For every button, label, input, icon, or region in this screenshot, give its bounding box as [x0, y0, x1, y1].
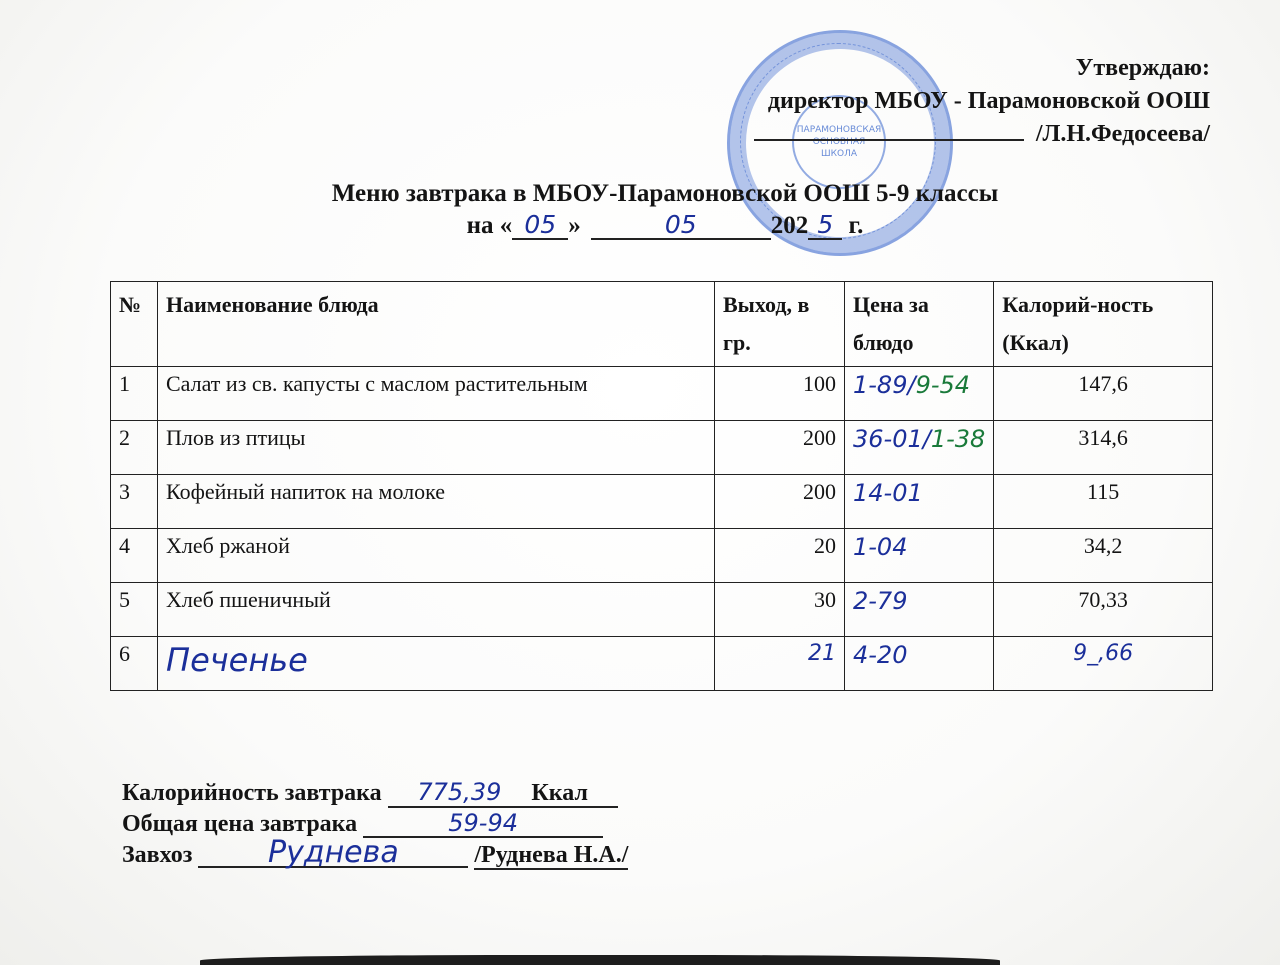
price-main: 2-79 — [853, 587, 907, 615]
row-price: 1-04 — [845, 529, 994, 583]
calories-value: 775,39 — [417, 778, 501, 806]
price-label: Общая цена завтрака — [122, 811, 357, 837]
date-prefix: на « — [467, 212, 513, 239]
price-extra: 1-38 — [931, 425, 985, 453]
row-price: 2-79 — [845, 583, 994, 637]
header-price: Цена за блюдо — [845, 282, 994, 367]
approval-heading: Утверждаю: — [754, 52, 1210, 85]
approval-name: /Л.Н.Федосеева/ — [1036, 121, 1210, 147]
row-name: Печенье — [158, 637, 715, 691]
row-output: 100 — [715, 367, 845, 421]
row-num: 5 — [111, 583, 158, 637]
row-calories: 115 — [994, 475, 1213, 529]
table-row: 3Кофейный напиток на молоке20014-01115 — [111, 475, 1213, 529]
header-calories: Калорий-ность (Ккал) — [994, 282, 1213, 367]
signature-line — [754, 121, 1024, 141]
price-main: 1-04 — [853, 533, 907, 561]
summary-calories: Калорийность завтрака 775,39 Ккал — [122, 778, 628, 809]
approval-signature-line: /Л.Н.Федосеева/ — [754, 118, 1210, 151]
row-price: 14-01 — [845, 475, 994, 529]
table-row: 2Плов из птицы20036-01/1-38314,6 — [111, 421, 1213, 475]
manager-label: Завхоз — [122, 842, 192, 868]
calories-field: 775,39 Ккал — [388, 779, 618, 808]
manager-signature: Руднева — [198, 840, 468, 868]
row-output: 30 — [715, 583, 845, 637]
row-name: Кофейный напиток на молоке — [158, 475, 715, 529]
document-page: ПАРАМОНОВСКАЯ ОСНОВНАЯ ШКОЛА Утверждаю: … — [0, 0, 1280, 965]
row-calories: 70,33 — [994, 583, 1213, 637]
price-main: 1-89/ — [853, 371, 916, 399]
header-name: Наименование блюда — [158, 282, 715, 367]
year-digit: 5 — [808, 212, 842, 240]
manager-name: /Руднева Н.А./ — [474, 842, 628, 870]
row-price: 4-20 — [845, 637, 994, 691]
price-extra: 9-54 — [916, 371, 970, 399]
calories-unit: Ккал — [531, 780, 588, 806]
row-num: 1 — [111, 367, 158, 421]
row-name: Хлеб пшеничный — [158, 583, 715, 637]
row-calories: 314,6 — [994, 421, 1213, 475]
approval-block: Утверждаю: директор МБОУ - Парамоновской… — [754, 52, 1210, 151]
header-num: № — [111, 282, 158, 367]
summary-manager: Завхоз Руднева /Руднева Н.А./ — [122, 840, 628, 871]
header-output: Выход, в гр. — [715, 282, 845, 367]
summary-block: Калорийность завтрака 775,39 Ккал Общая … — [122, 778, 628, 871]
price-value: 59-94 — [363, 810, 603, 838]
row-name: Хлеб ржаной — [158, 529, 715, 583]
row-calories: 9_,66 — [994, 637, 1213, 691]
row-num: 3 — [111, 475, 158, 529]
table-row: 1Салат из св. капусты с маслом раститель… — [111, 367, 1213, 421]
date-month: 05 — [591, 212, 771, 240]
row-price: 1-89/9-54 — [845, 367, 994, 421]
row-output: 21 — [715, 637, 845, 691]
row-price: 36-01/1-38 — [845, 421, 994, 475]
menu-title: Меню завтрака в МБОУ-Парамоновской ООШ 5… — [0, 180, 1280, 208]
row-output: 200 — [715, 421, 845, 475]
table-row: 6Печенье214-209_,66 — [111, 637, 1213, 691]
table-header-row: № Наименование блюда Выход, в гр. Цена з… — [111, 282, 1213, 367]
price-main: 36-01/ — [853, 425, 931, 453]
row-output: 20 — [715, 529, 845, 583]
row-calories: 34,2 — [994, 529, 1213, 583]
menu-date: на «05»052025 г. — [0, 212, 1280, 240]
approval-position: директор МБОУ - Парамоновской ООШ — [754, 85, 1210, 118]
year-suffix: г. — [842, 212, 863, 239]
year-prefix: 202 — [771, 212, 809, 239]
row-num: 6 — [111, 637, 158, 691]
row-num: 4 — [111, 529, 158, 583]
page-shadow-edge — [200, 955, 1000, 965]
row-name: Салат из св. капусты с маслом растительн… — [158, 367, 715, 421]
row-name: Плов из птицы — [158, 421, 715, 475]
table-row: 5Хлеб пшеничный302-7970,33 — [111, 583, 1213, 637]
calories-label: Калорийность завтрака — [122, 780, 382, 806]
row-calories: 147,6 — [994, 367, 1213, 421]
row-num: 2 — [111, 421, 158, 475]
date-day: 05 — [512, 212, 568, 240]
menu-table: № Наименование блюда Выход, в гр. Цена з… — [110, 281, 1213, 691]
table-row: 4Хлеб ржаной201-0434,2 — [111, 529, 1213, 583]
price-main: 4-20 — [853, 641, 907, 669]
date-mid: » — [568, 212, 581, 239]
price-main: 14-01 — [853, 479, 923, 507]
row-output: 200 — [715, 475, 845, 529]
